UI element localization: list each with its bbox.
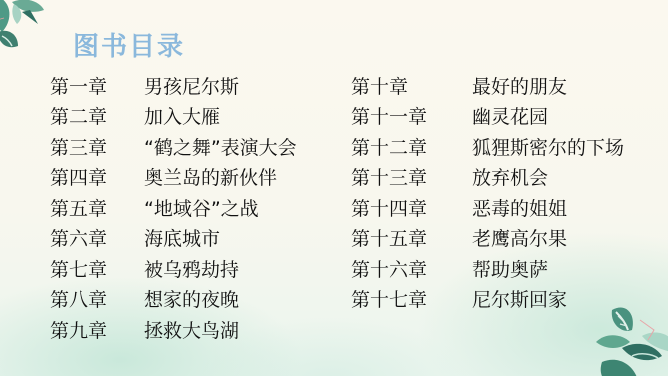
toc-row: 第十五章老鹰高尔果	[351, 223, 624, 254]
chapter-title: 被乌鸦劫持	[144, 255, 239, 282]
chapter-title: 恶毒的姐姐	[472, 194, 567, 221]
toc-row: 第六章海底城市	[50, 223, 297, 254]
toc-row: 第十一章幽灵花园	[351, 101, 624, 132]
toc-row: 第五章“地域谷”之战	[50, 192, 297, 223]
toc-row: 第十四章恶毒的姐姐	[351, 192, 624, 223]
chapter-number: 第六章	[50, 224, 144, 251]
chapter-title: 拯救大鸟湖	[144, 316, 239, 343]
toc-row: 第十七章尼尔斯回家	[351, 284, 624, 315]
page-title: 图书目录	[73, 30, 185, 64]
chapter-number: 第十五章	[351, 224, 472, 251]
chapter-number: 第十三章	[351, 163, 472, 190]
toc-row: 第八章想家的夜晚	[50, 284, 297, 315]
chapter-title: 老鹰高尔果	[472, 224, 567, 251]
chapter-number: 第八章	[50, 285, 144, 312]
toc-row: 第九章拯救大鸟湖	[50, 314, 297, 345]
toc-right-column: 第十章最好的朋友 第十一章幽灵花园 第十二章狐狸斯密尔的下场 第十三章放弃机会 …	[351, 70, 624, 314]
toc-row: 第二章加入大雁	[50, 101, 297, 132]
chapter-title: 奥兰岛的新伙伴	[144, 163, 277, 190]
chapter-number: 第十二章	[351, 133, 472, 160]
chapter-number: 第十七章	[351, 285, 472, 312]
toc-row: 第三章“鹤之舞”表演大会	[50, 131, 297, 162]
chapter-title: “地域谷”之战	[144, 194, 259, 221]
chapter-title: 尼尔斯回家	[472, 285, 567, 312]
chapter-title: 放弃机会	[472, 163, 548, 190]
toc-row: 第四章奥兰岛的新伙伴	[50, 162, 297, 193]
chapter-number: 第五章	[50, 194, 144, 221]
chapter-title: 海底城市	[144, 224, 220, 251]
toc-left-column: 第一章男孩尼尔斯 第二章加入大雁 第三章“鹤之舞”表演大会 第四章奥兰岛的新伙伴…	[50, 70, 297, 345]
toc-row: 第十章最好的朋友	[351, 70, 624, 101]
toc-row: 第十二章狐狸斯密尔的下场	[351, 131, 624, 162]
chapter-title: “鹤之舞”表演大会	[144, 133, 297, 160]
chapter-number: 第十一章	[351, 102, 472, 129]
toc-row: 第七章被乌鸦劫持	[50, 253, 297, 284]
chapter-title: 帮助奥萨	[472, 255, 548, 282]
chapter-title: 加入大雁	[144, 102, 220, 129]
chapter-title: 狐狸斯密尔的下场	[472, 133, 624, 160]
chapter-number: 第十章	[351, 72, 472, 99]
chapter-number: 第九章	[50, 316, 144, 343]
chapter-number: 第七章	[50, 255, 144, 282]
chapter-number: 第一章	[50, 72, 144, 99]
toc-row: 第十六章帮助奥萨	[351, 253, 624, 284]
toc-row: 第十三章放弃机会	[351, 162, 624, 193]
chapter-number: 第四章	[50, 163, 144, 190]
chapter-title: 幽灵花园	[472, 102, 548, 129]
toc-row: 第一章男孩尼尔斯	[50, 70, 297, 101]
chapter-number: 第十六章	[351, 255, 472, 282]
chapter-number: 第十四章	[351, 194, 472, 221]
chapter-title: 想家的夜晚	[144, 285, 239, 312]
chapter-title: 最好的朋友	[472, 72, 567, 99]
chapter-title: 男孩尼尔斯	[144, 72, 239, 99]
leaf-decoration-top-left-icon	[0, 0, 62, 54]
chapter-number: 第二章	[50, 102, 144, 129]
chapter-number: 第三章	[50, 133, 144, 160]
